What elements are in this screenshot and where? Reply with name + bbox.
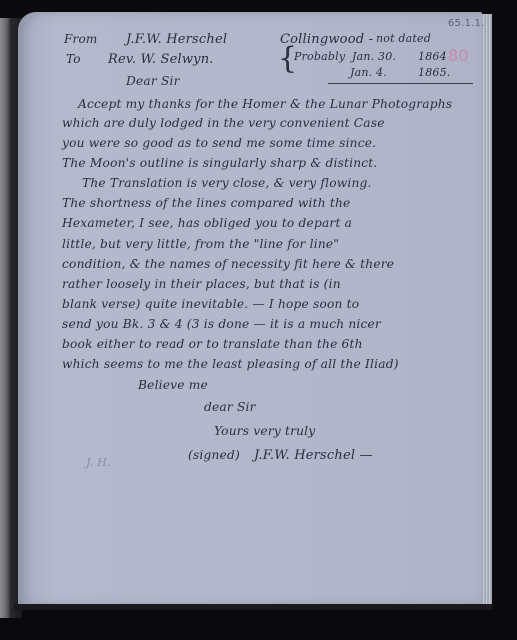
- body-line-6: The shortness of the lines compared with…: [62, 196, 350, 210]
- body-line-11: blank verse) quite inevitable. — I hope …: [62, 297, 359, 311]
- body-line-9: condition, & the names of necessity fit …: [62, 257, 394, 271]
- probable-year-2: 1865.: [418, 66, 451, 79]
- probable-year-1: 1864: [418, 50, 447, 63]
- closing-dear-sir: dear Sir: [204, 400, 256, 414]
- body-line-4: The Moon's outline is singularly sharp &…: [62, 156, 377, 170]
- left-page-edge: [0, 18, 10, 618]
- from-name: J.F.W. Herschel: [126, 32, 227, 47]
- closing-yours-truly: Yours very truly: [214, 424, 315, 438]
- body-line-10: rather loosely in their places, but that…: [62, 277, 341, 291]
- body-line-5: The Translation is very close, & very fl…: [82, 176, 372, 190]
- body-line-8: little, but very little, from the "line …: [62, 237, 339, 251]
- page-bottom-shadow: [14, 604, 492, 610]
- scanned-letter-book-page: 65.1.1. From J.F.W. Herschel To Rev. W. …: [0, 0, 517, 640]
- date-brace: {: [278, 44, 297, 74]
- body-line-14: which seems to me the least pleasing of …: [62, 357, 399, 371]
- signature: J.F.W. Herschel —: [254, 448, 373, 463]
- signed-label: (signed): [188, 448, 240, 462]
- body-line-2: which are duly lodged in the very conven…: [62, 116, 385, 130]
- probable-date-2: Jan. 4.: [350, 66, 387, 79]
- to-name: Rev. W. Selwyn.: [108, 52, 214, 67]
- to-label: To: [66, 52, 81, 66]
- body-line-13: book either to read or to translate than…: [62, 337, 363, 351]
- body-line-1: Accept my thanks for the Homer & the Lun…: [78, 97, 452, 111]
- margin-initials: J. H.: [86, 456, 111, 469]
- letter-page: 65.1.1. From J.F.W. Herschel To Rev. W. …: [18, 12, 482, 606]
- body-line-3: you were so good as to send me some time…: [62, 136, 376, 150]
- body-line-12: send you Bk. 3 & 4 (3 is done — it is a …: [62, 317, 381, 331]
- salutation: Dear Sir: [126, 74, 180, 88]
- reference-number: 65.1.1.: [448, 18, 484, 29]
- body-line-7: Hexameter, I see, has obliged you to dep…: [62, 216, 352, 230]
- closing-believe-me: Believe me: [138, 378, 208, 392]
- from-label: From: [64, 32, 97, 46]
- date-note: not dated: [376, 32, 431, 45]
- folio-number: 80: [448, 46, 469, 65]
- probable-date-1: Jan. 30.: [352, 50, 396, 63]
- probable-date-prefix: Probably: [294, 50, 345, 63]
- date-underline: [328, 83, 473, 84]
